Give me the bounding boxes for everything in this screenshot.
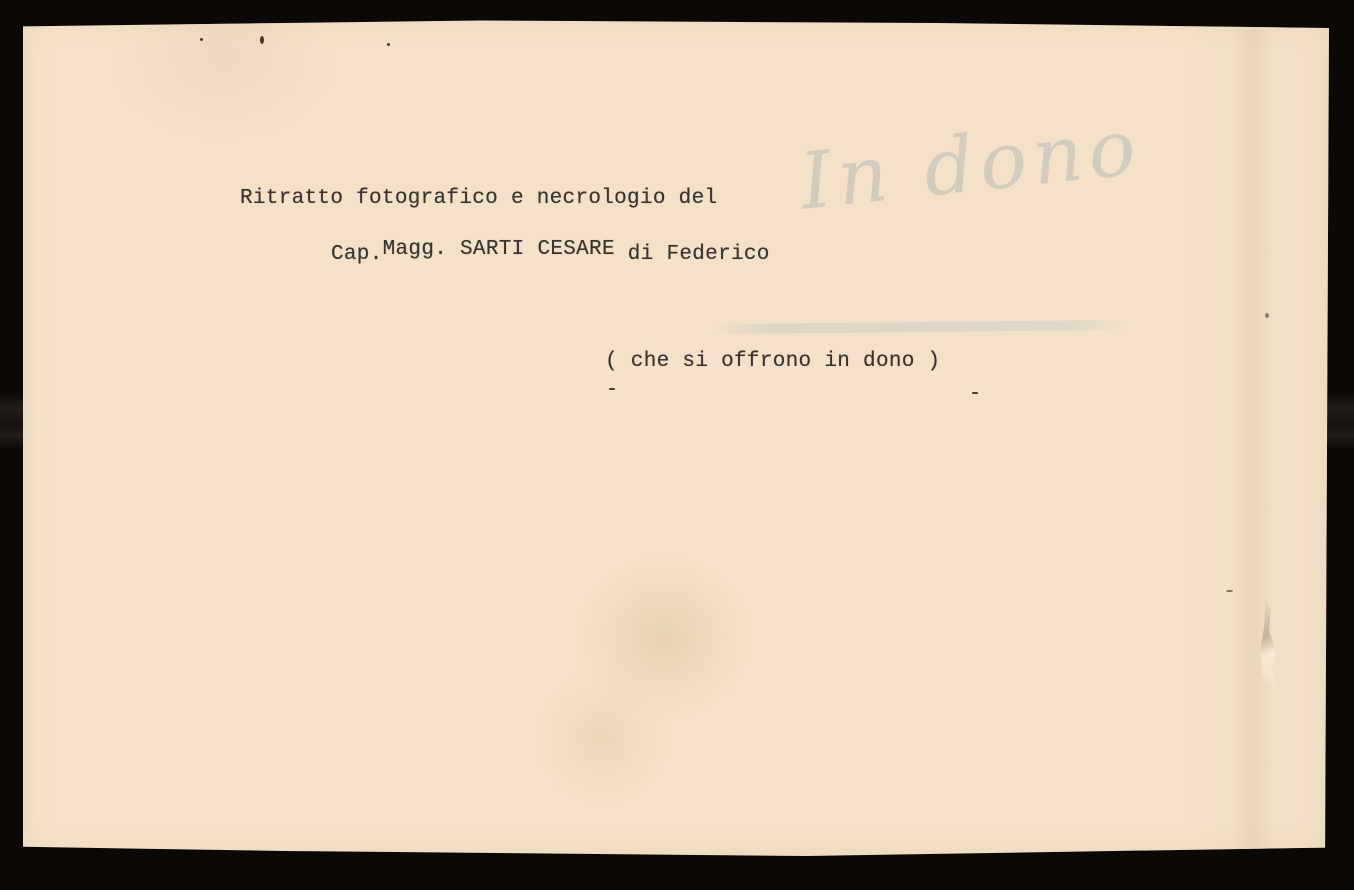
- rank-prefix: Cap.: [331, 243, 383, 266]
- ink-speck: [1226, 590, 1233, 592]
- fold-line: [1233, 18, 1273, 856]
- ink-speck: [1265, 313, 1269, 318]
- rank-separator: [447, 238, 460, 261]
- ink-speck: [387, 43, 390, 46]
- person-name: SARTI CESARE: [460, 238, 615, 261]
- rank-grade: Magg.: [383, 238, 448, 261]
- typed-line-title: Ritratto fotografico e necrologio del: [240, 187, 717, 210]
- name-separator: [615, 243, 628, 266]
- ink-speck: [200, 38, 203, 41]
- typed-line-name: Cap.Magg. SARTI CESARE di Federico: [331, 243, 770, 266]
- ink-speck: [260, 36, 264, 44]
- ink-speck: [609, 388, 615, 390]
- typed-line-offer: ( che si offrono in dono ): [605, 350, 940, 373]
- scanned-document: In dono Ritratto fotografico e necrologi…: [0, 0, 1354, 890]
- father-name: di Federico: [628, 243, 770, 266]
- ink-speck: [972, 392, 978, 394]
